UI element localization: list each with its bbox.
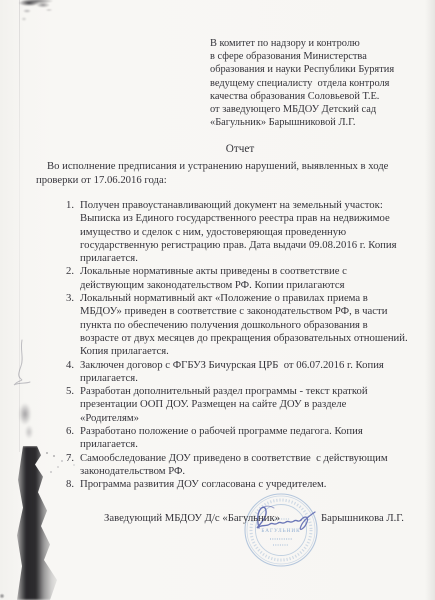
- scan-right-edge-shadow: [425, 0, 435, 600]
- item-number: 6.: [66, 425, 80, 452]
- item-line: пункта по обеспечению получения дошкольн…: [80, 319, 408, 332]
- list-item: 6. Разработано положение о рабочей прогр…: [66, 425, 408, 452]
- item-line: Разработан дополнительный раздел програм…: [80, 385, 408, 398]
- item-line: «Родителям»: [80, 412, 408, 425]
- item-line: действующим законодательством РФ. Копии …: [80, 279, 408, 292]
- recipient-line: в сфере образования Министерства: [210, 50, 394, 63]
- item-number: 4.: [66, 359, 80, 386]
- intro-line: проверки от 17.06.2016 года:: [36, 174, 388, 188]
- item-line: МБДОУ» приведен в соответствие с законод…: [80, 305, 408, 318]
- item-line: возрасте от двух месяцев до прекращения …: [80, 332, 408, 345]
- item-number: 3.: [66, 292, 80, 358]
- item-line: Разработано положение о рабочей программ…: [80, 425, 408, 438]
- item-text: Разработан дополнительный раздел програм…: [80, 385, 408, 425]
- item-line: прилагается.: [80, 438, 408, 451]
- scan-mark-bottom-corner: [0, 590, 10, 600]
- list-item: 1. Получен правоустанавливающий документ…: [66, 199, 408, 265]
- item-line: Заключен договор с ФГБУЗ Бичурская ЦРБ о…: [80, 359, 408, 372]
- document-title: Отчет: [50, 143, 430, 155]
- recipient-line: В комитет по надзору и контролю: [210, 37, 394, 50]
- item-number: 7.: [66, 452, 80, 479]
- item-text: Локальный нормативный акт «Положение о п…: [80, 292, 408, 358]
- numbered-list: 1. Получен правоустанавливающий документ…: [66, 199, 408, 492]
- ink-streak-bottom-left: [14, 446, 64, 600]
- item-line: Самообследование ДОУ приведено в соответ…: [80, 452, 408, 465]
- stray-pen-mark: [8, 338, 36, 392]
- recipient-line: образования и науки Республики Бурятия: [210, 63, 394, 76]
- item-line: имущество и сделок с ним, удостоверяющая…: [80, 226, 408, 239]
- item-line: Локальные нормативные акты приведены в с…: [80, 265, 408, 278]
- signatory-role: Заведующий МБДОУ Д/с «Багульник»: [104, 512, 280, 524]
- item-line: прилагается.: [80, 372, 408, 385]
- list-item: 4. Заключен договор с ФГБУЗ Бичурская ЦР…: [66, 359, 408, 386]
- list-item: 7. Самообследование ДОУ приведено в соот…: [66, 452, 408, 479]
- item-text: Разработано положение о рабочей программ…: [80, 425, 408, 452]
- recipient-line: качества образования Соловьевой Т.Е.: [210, 90, 394, 103]
- recipient-line: «Багульник» Барышниковой Л.Г.: [210, 116, 394, 129]
- recipient-block: В комитет по надзору и контролю в сфере …: [210, 37, 394, 129]
- item-number: 2.: [66, 265, 80, 292]
- item-number: 8.: [66, 478, 80, 491]
- item-number: 1.: [66, 199, 80, 265]
- item-line: Выписка из Единого государственного реес…: [80, 212, 408, 225]
- recipient-line: от заведующего МБДОУ Детский сад: [210, 103, 394, 116]
- item-line: презентации ООП ДОУ. Размещен на сайте Д…: [80, 398, 408, 411]
- item-line: Копия прилагается.: [80, 345, 408, 358]
- item-text: Самообследование ДОУ приведено в соответ…: [80, 452, 408, 479]
- item-line: законодательством РФ.: [80, 465, 408, 478]
- recipient-line: ведущему специалисту отдела контроля: [210, 77, 394, 90]
- list-item: 8. Программа развития ДОУ согласована с …: [66, 478, 408, 491]
- scanned-document-page: В комитет по надзору и контролю в сфере …: [0, 0, 435, 600]
- item-text: Заключен договор с ФГБУЗ Бичурская ЦРБ о…: [80, 359, 408, 386]
- list-item: 2. Локальные нормативные акты приведены …: [66, 265, 408, 292]
- item-line: Локальный нормативный акт «Положение о п…: [80, 292, 408, 305]
- list-item: 3. Локальный нормативный акт «Положение …: [66, 292, 408, 358]
- scan-speckles: [46, 452, 48, 454]
- item-text: Получен правоустанавливающий документ на…: [80, 199, 408, 265]
- item-number: 5.: [66, 385, 80, 425]
- ink-streak-faint-blob: [15, 396, 41, 444]
- list-item: 5. Разработан дополнительный раздел прог…: [66, 385, 408, 425]
- item-line: государственную регистрацию прав. Дата в…: [80, 239, 408, 252]
- signatory-name: Барышникова Л.Г.: [321, 512, 404, 524]
- scan-smudge-top-left: [15, 0, 67, 30]
- item-line: Получен правоустанавливающий документ на…: [80, 199, 408, 212]
- intro-line: Во исполнение предписания и устранению н…: [36, 160, 388, 174]
- item-text: Локальные нормативные акты приведены в с…: [80, 265, 408, 292]
- intro-paragraph: Во исполнение предписания и устранению н…: [36, 160, 388, 187]
- item-line: прилагается.: [80, 252, 408, 265]
